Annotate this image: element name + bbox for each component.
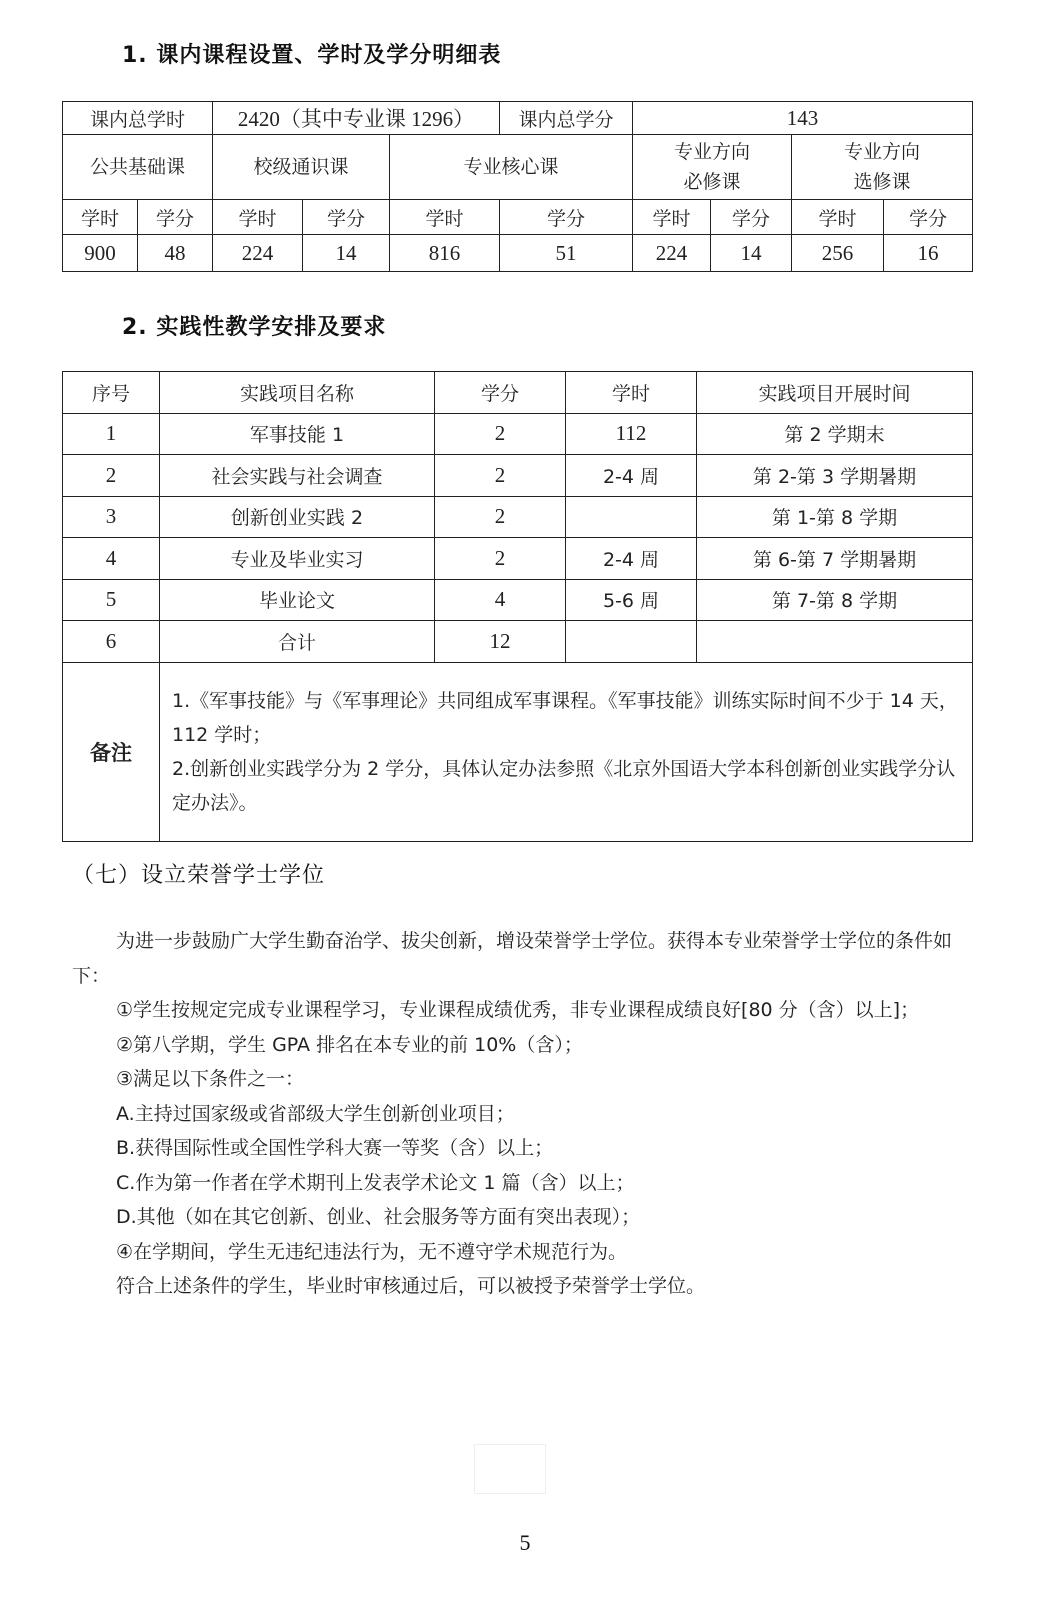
course-hours-credits-table: 课内总学时 2420（其中专业课 1296） 课内总学分 143 公共基础课 校…: [62, 101, 973, 272]
credits-value: 48: [138, 235, 213, 272]
row-time: 第 7-第 8 学期: [697, 579, 973, 621]
condition-item: ①学生按规定完成专业课程学习，专业课程成绩优秀，非专业课程成绩良好[80 分（含…: [72, 993, 952, 1028]
condition-item: C.作为第一作者在学术期刊上发表学术论文 1 篇（含）以上；: [72, 1166, 952, 1201]
row-no: 4: [63, 538, 160, 580]
hours-header: 学时: [792, 200, 884, 235]
total-hours-value: 2420（其中专业课 1296）: [213, 102, 500, 135]
table-row-total: 6 合计 12: [63, 621, 973, 663]
condition-item: ②第八学期，学生 GPA 排名在本专业的前 10%（含）；: [72, 1028, 952, 1063]
row-no: 6: [63, 621, 160, 663]
credits-value: 16: [884, 235, 973, 272]
hours-value: 224: [213, 235, 303, 272]
hours-header: 学时: [390, 200, 500, 235]
row-credits: 2: [435, 538, 566, 580]
hours-header: 学时: [63, 200, 138, 235]
honors-degree-body: 为进一步鼓励广大学生勤奋治学、拔尖创新，增设荣誉学士学位。获得本专业荣誉学士学位…: [72, 924, 952, 1304]
note-item: 2.创新创业实践学分为 2 学分，具体认定办法参照《北京外国语大学本科创新创业实…: [172, 752, 962, 820]
row-no: 1: [63, 413, 160, 455]
row-name: 专业及毕业实习: [160, 538, 435, 580]
row-name: 军事技能 1: [160, 413, 435, 455]
table-header-row: 序号 实践项目名称 学分 学时 实践项目开展时间: [63, 372, 973, 414]
category-public-basic: 公共基础课: [63, 135, 213, 200]
section-title-practice: 2. 实践性教学安排及要求: [122, 310, 386, 341]
row-time: 第 2-第 3 学期暑期: [697, 455, 973, 497]
row-name: 合计: [160, 621, 435, 663]
category-major-core: 专业核心课: [390, 135, 633, 200]
header-hours: 学时: [566, 372, 697, 414]
total-hours-label: 课内总学时: [63, 102, 213, 135]
table-row: 2 社会实践与社会调查 2 2-4 周 第 2-第 3 学期暑期: [63, 455, 973, 497]
credits-header: 学分: [303, 200, 390, 235]
practice-teaching-table: 序号 实践项目名称 学分 学时 实践项目开展时间 1 军事技能 1 2 112 …: [62, 371, 973, 842]
row-no: 5: [63, 579, 160, 621]
hours-header: 学时: [213, 200, 303, 235]
category-line1: 专业方向: [674, 141, 750, 163]
table-row: 3 创新创业实践 2 2 第 1-第 8 学期: [63, 496, 973, 538]
hours-value: 224: [633, 235, 711, 272]
credits-header: 学分: [138, 200, 213, 235]
row-credits: 2: [435, 455, 566, 497]
category-line2: 选修课: [854, 171, 911, 193]
header-time: 实践项目开展时间: [697, 372, 973, 414]
row-credits: 4: [435, 579, 566, 621]
note-item: 1.《军事技能》与《军事理论》共同组成军事课程。《军事技能》训练实际时间不少于 …: [172, 684, 962, 752]
row-no: 3: [63, 496, 160, 538]
row-credits: 2: [435, 496, 566, 538]
table-row: 5 毕业论文 4 5-6 周 第 7-第 8 学期: [63, 579, 973, 621]
row-hours: 112: [566, 413, 697, 455]
header-name: 实践项目名称: [160, 372, 435, 414]
header-no: 序号: [63, 372, 160, 414]
page-number: 5: [0, 1530, 1050, 1556]
credits-header: 学分: [711, 200, 792, 235]
row-time: 第 1-第 8 学期: [697, 496, 973, 538]
row-hours: 2-4 周: [566, 455, 697, 497]
row-time: 第 6-第 7 学期暑期: [697, 538, 973, 580]
conclusion-paragraph: 符合上述条件的学生，毕业时审核通过后，可以被授予荣誉学士学位。: [72, 1269, 952, 1304]
credits-value: 51: [500, 235, 633, 272]
notes-label: 备注: [63, 662, 160, 841]
row-credits: 12: [435, 621, 566, 663]
condition-item: A.主持过国家级或省部级大学生创新创业项目；: [72, 1097, 952, 1132]
row-hours: [566, 621, 697, 663]
category-line2: 必修课: [684, 171, 741, 193]
credits-header: 学分: [500, 200, 633, 235]
table-row: 4 专业及毕业实习 2 2-4 周 第 6-第 7 学期暑期: [63, 538, 973, 580]
category-general-education: 校级通识课: [213, 135, 390, 200]
notes-content: 1.《军事技能》与《军事理论》共同组成军事课程。《军事技能》训练实际时间不少于 …: [160, 662, 973, 841]
total-credits-value: 143: [633, 102, 973, 135]
section-title-course-table: 1. 课内课程设置、学时及学分明细表: [122, 38, 501, 69]
section-title-honors-degree: （七）设立荣誉学士学位: [72, 858, 325, 889]
row-name: 毕业论文: [160, 579, 435, 621]
row-time: 第 2 学期末: [697, 413, 973, 455]
condition-item: D.其他（如在其它创新、创业、社会服务等方面有突出表现）；: [72, 1200, 952, 1235]
intro-paragraph: 为进一步鼓励广大学生勤奋治学、拔尖创新，增设荣誉学士学位。获得本专业荣誉学士学位…: [72, 924, 952, 993]
category-major-elective: 专业方向 选修课: [792, 135, 973, 200]
row-name: 创新创业实践 2: [160, 496, 435, 538]
row-name: 社会实践与社会调查: [160, 455, 435, 497]
faint-stamp-box: [474, 1444, 546, 1494]
hours-value: 900: [63, 235, 138, 272]
row-credits: 2: [435, 413, 566, 455]
credits-value: 14: [711, 235, 792, 272]
condition-item: B.获得国际性或全国性学科大赛一等奖（含）以上；: [72, 1131, 952, 1166]
row-hours: 5-6 周: [566, 579, 697, 621]
notes-row: 备注 1.《军事技能》与《军事理论》共同组成军事课程。《军事技能》训练实际时间不…: [63, 662, 973, 841]
credits-header: 学分: [884, 200, 973, 235]
row-hours: 2-4 周: [566, 538, 697, 580]
hours-value: 256: [792, 235, 884, 272]
category-major-required: 专业方向 必修课: [633, 135, 792, 200]
row-no: 2: [63, 455, 160, 497]
hours-value: 816: [390, 235, 500, 272]
category-line1: 专业方向: [844, 141, 920, 163]
total-credits-label: 课内总学分: [500, 102, 633, 135]
table-row: 1 军事技能 1 2 112 第 2 学期末: [63, 413, 973, 455]
row-time: [697, 621, 973, 663]
hours-header: 学时: [633, 200, 711, 235]
row-hours: [566, 496, 697, 538]
credits-value: 14: [303, 235, 390, 272]
header-credits: 学分: [435, 372, 566, 414]
condition-item: ④在学期间，学生无违纪违法行为，无不遵守学术规范行为。: [72, 1235, 952, 1270]
condition-item: ③满足以下条件之一：: [72, 1062, 952, 1097]
